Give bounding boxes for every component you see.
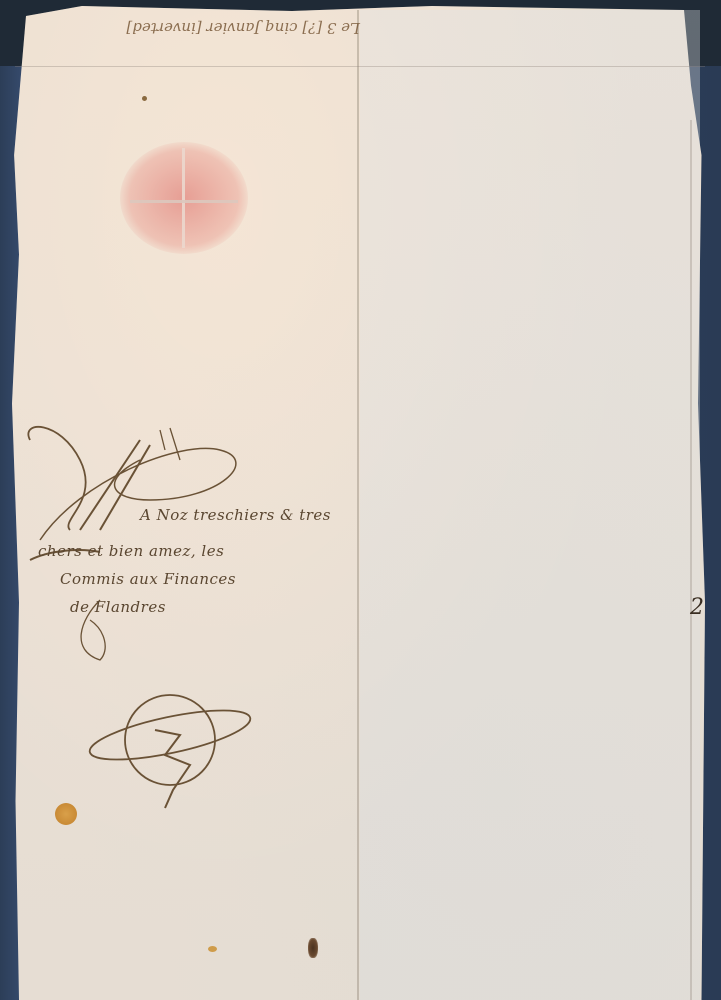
- address-line-4: de Flandres: [70, 598, 166, 616]
- address-block: A Noz treschiers & tres chers et bien am…: [20, 420, 360, 680]
- address-line-3: Commis aux Finances: [60, 570, 236, 588]
- address-line-2: chers et bien amez, les: [38, 542, 224, 560]
- address-line-1: A Noz treschiers & tres: [140, 506, 331, 524]
- wax-seal-impression: [120, 142, 248, 254]
- page-number: 2: [690, 595, 704, 620]
- orange-stain: [55, 803, 77, 825]
- right-fold-panel: [360, 10, 700, 1000]
- paraph-signature-icon: [85, 680, 255, 810]
- right-edge-fold: [690, 120, 692, 1000]
- small-stain: [208, 946, 217, 952]
- horizontal-fold-line: [15, 66, 705, 67]
- inverted-header-note: Le 3 [?] cinq Janvier [inverted]: [160, 14, 360, 42]
- ink-dot: [142, 96, 147, 101]
- ink-blot: [308, 938, 318, 958]
